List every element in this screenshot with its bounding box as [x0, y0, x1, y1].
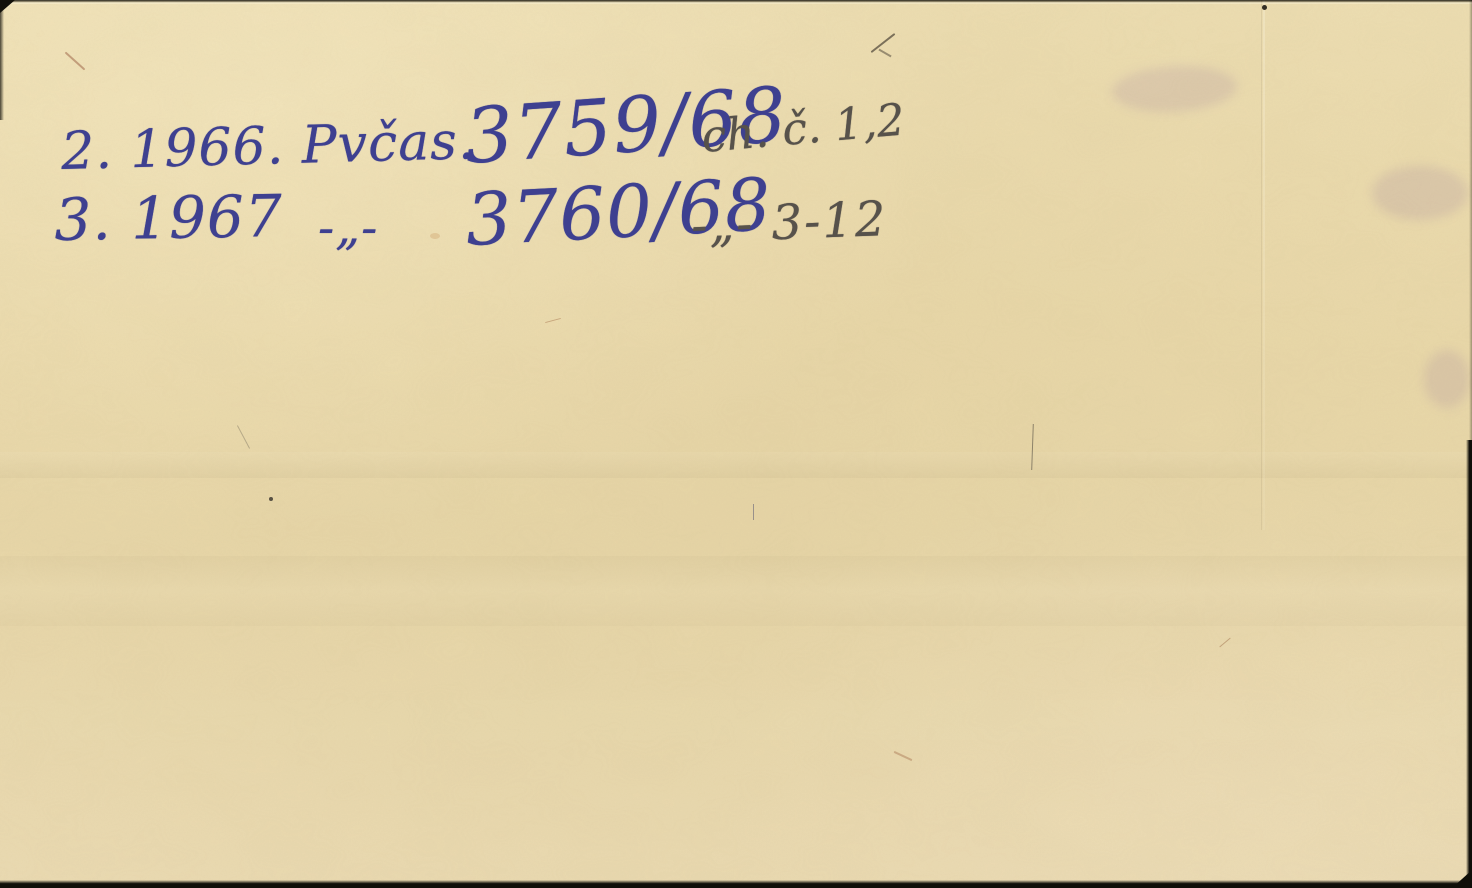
scan-band	[0, 452, 1472, 478]
paper-edge-highlight	[0, 2, 1472, 4]
paper-fiber	[545, 318, 561, 323]
scanned-archive-card: 2. 1966. Pvčas. 3759/68 ch. č. 1,2 3. 19…	[0, 0, 1472, 888]
paper-fiber	[1219, 638, 1230, 648]
entry-row1-date-name: 2. 1966. Pvčas.	[60, 111, 476, 182]
scan-edge-left	[0, 0, 4, 120]
card-corner-bottom-right	[1452, 870, 1472, 888]
paper-card: 2. 1966. Pvčas. 3759/68 ch. č. 1,2 3. 19…	[0, 0, 1472, 888]
paper-crease	[1263, 0, 1265, 530]
paper-fiber	[65, 52, 86, 71]
ink-show-through	[1424, 350, 1470, 408]
paper-stain	[430, 233, 440, 239]
entry-row2-pencil-note: -„- 3-12	[690, 191, 888, 254]
hairline-scratch	[237, 425, 250, 448]
scan-band	[0, 556, 1472, 626]
hairline-scratch	[753, 504, 754, 520]
paper-fiber	[894, 751, 913, 761]
pencil-tick-mark	[878, 49, 891, 58]
ink-show-through	[1111, 63, 1238, 115]
pencil-tick-mark	[871, 33, 896, 53]
hairline-scratch	[1031, 424, 1034, 470]
ink-show-through	[1372, 166, 1468, 220]
entry-row2-ditto-mark: -„-	[318, 200, 378, 256]
ink-speck	[269, 497, 273, 501]
card-corner-top-left	[0, 0, 15, 13]
entry-row2-date: 3. 1967	[54, 182, 284, 254]
paper-crease-shadow	[1261, 0, 1262, 530]
scan-band	[0, 700, 1472, 740]
scan-edge-bottom	[0, 880, 1472, 888]
scan-edge-right	[1466, 440, 1472, 888]
